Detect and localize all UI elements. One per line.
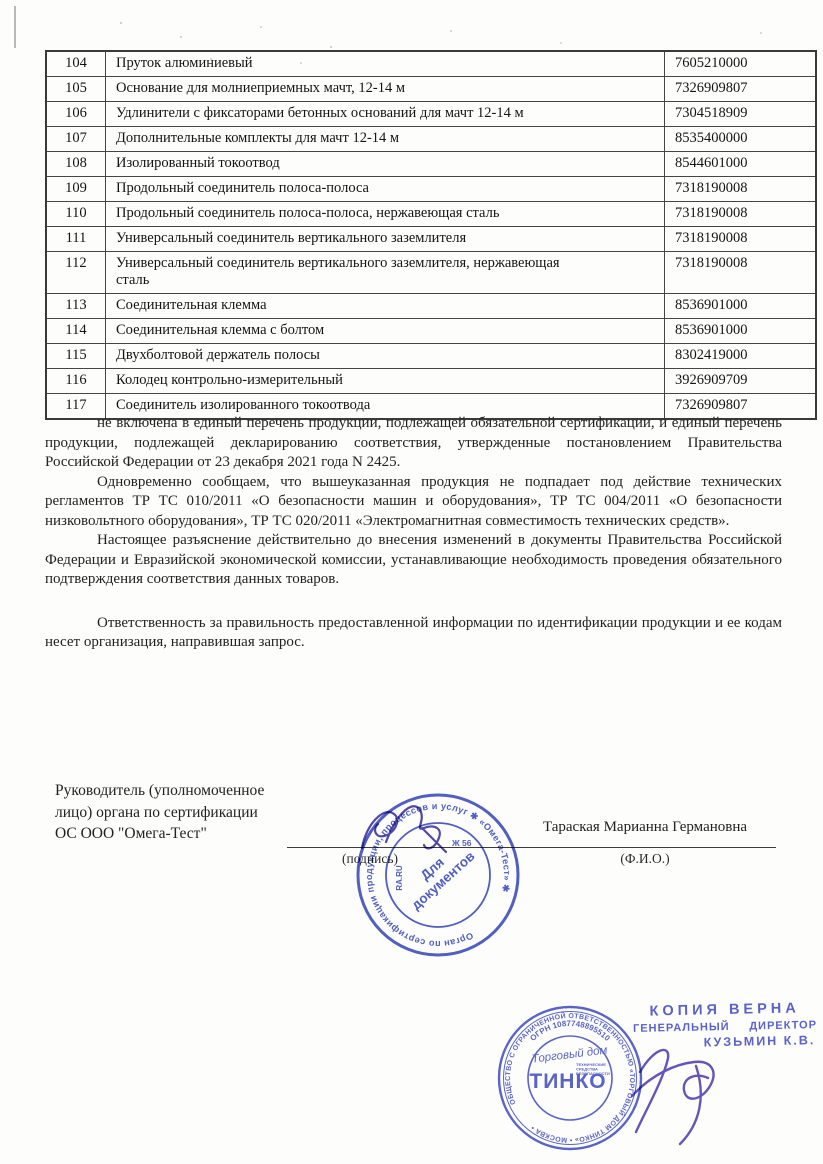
customs-code-cell: 7318190008	[665, 252, 817, 294]
product-name-cell: Удлинители с фиксаторами бетонных основа…	[106, 102, 665, 127]
table-row: 113 Соединительная клемма 8536901000	[46, 294, 816, 319]
table-row: 110 Продольный соединитель полоса-полоса…	[46, 202, 816, 227]
customs-code-cell: 8544601000	[665, 152, 817, 177]
tinko-logo-caption: ТЕХНИЧЕСКИЕ СРЕДСТВА БЕЗОПАСНОСТИ	[576, 1062, 610, 1076]
table-row: 108 Изолированный токоотвод 8544601000	[46, 152, 816, 177]
row-number-cell: 108	[46, 152, 106, 177]
row-number-cell: 113	[46, 294, 106, 319]
table-row: 111 Универсальный соединитель вертикальн…	[46, 227, 816, 252]
row-number-cell: 109	[46, 177, 106, 202]
product-name-cell: Основание для молниеприемных мачт, 12-14…	[106, 77, 665, 102]
signatory-role-text: Руководитель (уполномоченное лицо) орган…	[55, 780, 305, 845]
scanned-document-page: 104 Пруток алюминиевый 7605210000 105 Ос…	[0, 0, 823, 1164]
kuzmin-signature	[608, 1030, 758, 1152]
customs-code-cell: 7605210000	[665, 51, 817, 77]
customs-code-cell: 8536901000	[665, 294, 817, 319]
customs-code-cell: 3926909709	[665, 369, 817, 394]
row-number-cell: 116	[46, 369, 106, 394]
product-name-cell: Соединительная клемма с болтом	[106, 319, 665, 344]
customs-code-cell: 8536901000	[665, 319, 817, 344]
stamp-reg-number-side: RA.RU	[395, 865, 404, 891]
customs-code-cell: 8302419000	[665, 344, 817, 369]
scan-noise-speckles	[120, 22, 122, 24]
signer-full-name: Тараская Марианна Германовна	[512, 819, 778, 836]
table-row: 114 Соединительная клемма с болтом 85369…	[46, 319, 816, 344]
row-number-cell: 106	[46, 102, 106, 127]
customs-code-cell: 8535400000	[665, 127, 817, 152]
product-name-cell: Изолированный токоотвод	[106, 152, 665, 177]
table-row: 105 Основание для молниеприемных мачт, 1…	[46, 77, 816, 102]
product-name-cell: Продольный соединитель полоса-полоса	[106, 177, 665, 202]
product-name-cell: Соединительная клемма	[106, 294, 665, 319]
row-number-cell: 107	[46, 127, 106, 152]
product-name-cell: Универсальный соединитель вертикального …	[106, 252, 665, 294]
table-row: 106 Удлинители с фиксаторами бетонных ос…	[46, 102, 816, 127]
table-row: 107 Дополнительные комплекты для мачт 12…	[46, 127, 816, 152]
scan-edge-artifact	[14, 6, 16, 48]
product-name-cell: Пруток алюминиевый	[106, 51, 665, 77]
row-number-cell: 110	[46, 202, 106, 227]
product-name-cell: Двухболтовой держатель полосы	[106, 344, 665, 369]
copy-verna-line: КОПИЯ ВЕРНА	[633, 1000, 817, 1020]
table-row: 116 Колодец контрольно-измерительный 392…	[46, 369, 816, 394]
customs-code-cell: 7318190008	[665, 202, 817, 227]
table-row: 109 Продольный соединитель полоса-полоса…	[46, 177, 816, 202]
name-caption: (Ф.И.О.)	[514, 851, 776, 867]
paragraph: Настоящее разъяснение действительно до в…	[45, 531, 782, 590]
name-line	[514, 847, 776, 848]
customs-code-cell: 7318190008	[665, 177, 817, 202]
customs-code-cell: 7318190008	[665, 227, 817, 252]
body-text: не включена в единый перечень продукции,…	[45, 414, 782, 653]
table-row: 104 Пруток алюминиевый 7605210000	[46, 51, 816, 77]
product-name-cell: Универсальный соединитель вертикального …	[106, 227, 665, 252]
customs-code-cell: 7326909807	[665, 77, 817, 102]
customs-code-cell: 7304518909	[665, 102, 817, 127]
svg-text:БЕЗОПАСНОСТИ: БЕЗОПАСНОСТИ	[576, 1071, 610, 1076]
product-name-cell: Продольный соединитель полоса-полоса, не…	[106, 202, 665, 227]
row-number-cell: 114	[46, 319, 106, 344]
row-number-cell: 105	[46, 77, 106, 102]
paragraph: Ответственность за правильность предоста…	[45, 614, 782, 653]
row-number-cell: 111	[46, 227, 106, 252]
product-name-cell: Колодец контрольно-измерительный	[106, 369, 665, 394]
product-name-cell: Дополнительные комплекты для мачт 12-14 …	[106, 127, 665, 152]
paragraph: Одновременно сообщаем, что вышеуказанная…	[45, 473, 782, 532]
director-title-right: ДИРЕКТОР	[749, 1019, 817, 1032]
table-row: 112 Универсальный соединитель вертикальн…	[46, 252, 816, 294]
product-codes-table: 104 Пруток алюминиевый 7605210000 105 Ос…	[45, 50, 817, 420]
row-number-cell: 112	[46, 252, 106, 294]
director-signature	[340, 788, 480, 868]
table-row: 115 Двухболтовой держатель полосы 830241…	[46, 344, 816, 369]
row-number-cell: 104	[46, 51, 106, 77]
row-number-cell: 115	[46, 344, 106, 369]
paragraph: не включена в единый перечень продукции,…	[45, 414, 782, 473]
table-body: 104 Пруток алюминиевый 7605210000 105 Ос…	[46, 51, 816, 419]
